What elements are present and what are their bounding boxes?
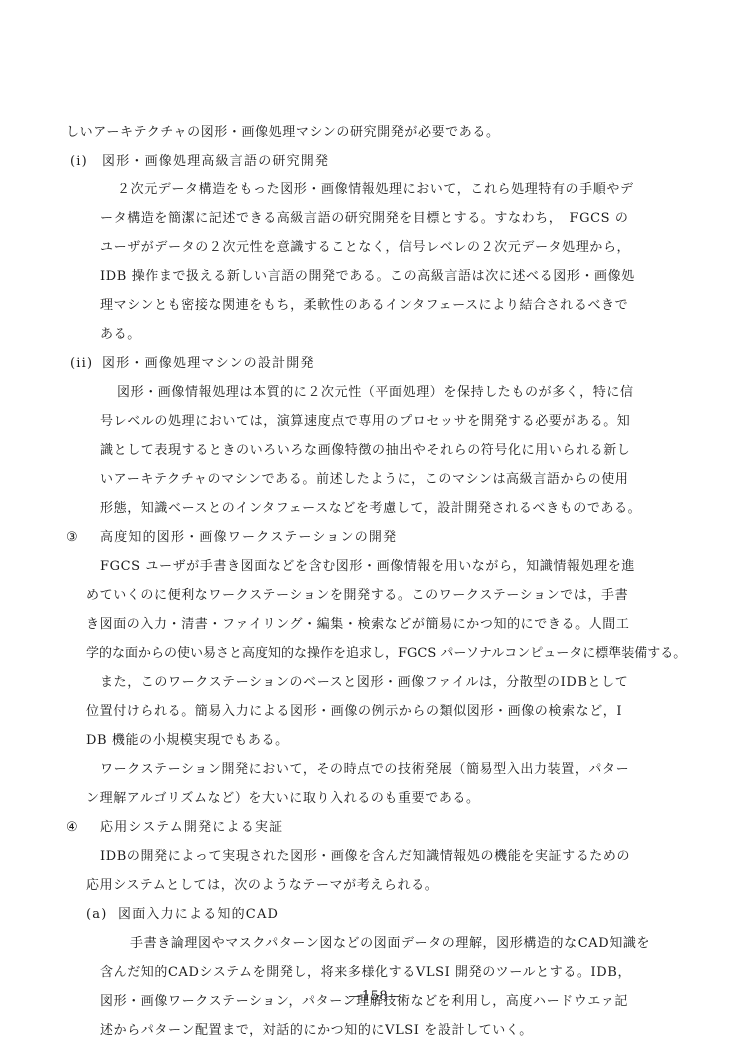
paragraph-line: ワークステーション開発において，その時点での技術発展（簡易型入出力装置，パター — [100, 761, 629, 779]
paragraph-line: IDB 操作まで扱える新しい言語の開発である。この高級言語は次に述べる図形・画像… — [100, 268, 635, 286]
list-marker: ④ — [66, 819, 100, 837]
paragraph-line: ２次元データ構造をもった図形・画像情報処理において，これら処理特有の手順やデ — [117, 181, 634, 199]
paragraph-line: 識として表現するときのいろいろな画像特徴の抽出やそれらの符号化に用いられる新し — [100, 442, 630, 460]
paragraph-line: 学的な面からの使い易さと高度知的な操作を追求し，FGCS パーソナルコンピュータ… — [86, 645, 686, 663]
list-marker: (i) — [70, 153, 102, 171]
paragraph-line: ン理解アルゴリズムなど）を大いに取り入れるのも重要である。 — [86, 790, 480, 808]
section-heading-4: ④応用システム開発による実証 — [66, 819, 283, 837]
list-marker: (a) — [86, 906, 118, 924]
paragraph-line: き図面の入力・清書・ファイリング・編集・検索などが簡易にかつ知的にできる。人間工 — [86, 616, 629, 634]
paragraph-line: また，このワークステーションのベースと図形・画像ファイルは，分散型のIDBとして — [100, 674, 628, 692]
paragraph-line: 位置付けられる。簡易入力による図形・画像の例示からの類似図形・画像の検索など，I — [86, 703, 622, 721]
list-marker: (ii) — [70, 355, 102, 373]
paragraph-line: IDBの開発によって実現された図形・画像を含んだ知識情報処の機能を実証するための — [100, 848, 630, 866]
heading-text: 図面入力による知的CAD — [118, 907, 279, 922]
paragraph-line: FGCS ユーザが手書き図面などを含む図形・画像情報を用いながら，知識情報処理を… — [100, 558, 635, 576]
list-marker: ③ — [66, 529, 100, 547]
paragraph-line: 図形・画像情報処理は本質的に２次元性（平面処理）を保持したものが多く，特に信 — [117, 384, 634, 402]
subsection-heading-a: (a)図面入力による知的CAD — [86, 906, 279, 924]
document-page: しいアーキテクチャの図形・画像処理マシンの研究開発が必要である。 (i)図形・画… — [0, 0, 750, 1054]
paragraph-line: 理マシンとも密接な関連をもち，柔軟性のあるインタフェースにより結合されるべきで — [100, 297, 628, 315]
subsection-heading-ii: (ii)図形・画像処理マシンの設計開発 — [70, 355, 315, 373]
section-heading-3: ③高度知的図形・画像ワークステーションの開発 — [66, 529, 397, 547]
heading-text: 応用システム開発による実証 — [100, 820, 283, 835]
paragraph-line: 述からパターン配置まで，対話的にかつ知的にVLSI を設計していく。 — [100, 1022, 533, 1040]
paragraph-line: DB 機能の小規模実現でもある。 — [86, 732, 289, 750]
paragraph-line: しいアーキテクチャの図形・画像処理マシンの研究開発が必要である。 — [66, 124, 500, 142]
paragraph-line: 含んだ知的CADシステムを開発し，将来多様化するVLSI 開発のツールとする。I… — [100, 964, 631, 982]
heading-text: 図形・画像処理マシンの設計開発 — [102, 356, 315, 371]
paragraph-line: ータ構造を簡潔に記述できる高級言語の研究開発を目標とする。すなわち， FGCS … — [100, 210, 629, 228]
paragraph-line: めていくのに便利なワークステーションを開発する。このワークステーションでは，手書 — [86, 587, 628, 605]
paragraph-line: 形態，知識ベースとのインタフェースなどを考慮して，設計開発されるべきものである。 — [100, 500, 641, 518]
page-number: —158— — [0, 988, 750, 1006]
heading-text: 図形・画像処理高級言語の研究開発 — [102, 154, 329, 169]
paragraph-line: 手書き論理図やマスクパターン図などの図面データの理解，図形構造的なCAD知識を — [130, 935, 650, 953]
paragraph-line: ある。 — [100, 326, 141, 344]
subsection-heading-i: (i)図形・画像処理高級言語の研究開発 — [70, 153, 329, 171]
paragraph-line: 応用システムとしては，次のようなテーマが考えられる。 — [86, 877, 438, 895]
paragraph-line: ユーザがデータの２次元性を意識することなく，信号レベレの２次元データ処理から， — [100, 239, 630, 257]
paragraph-line: いアーキテクチャのマシンである。前述したように，このマシンは高級言語からの使用 — [100, 471, 628, 489]
heading-text: 高度知的図形・画像ワークステーションの開発 — [100, 530, 397, 545]
paragraph-line: 号レベルの処理においては，演算速度点で専用のプロセッサを開発する必要がある。知 — [100, 413, 630, 431]
